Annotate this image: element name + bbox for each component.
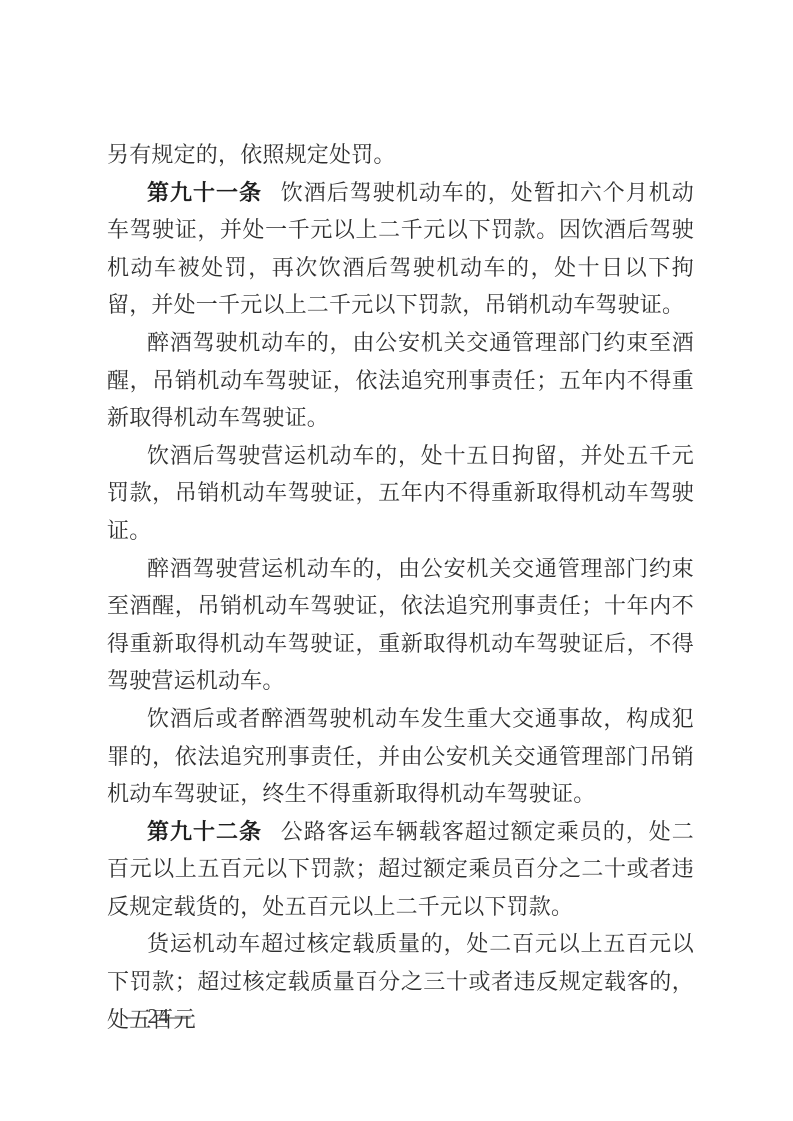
paragraph: 货运机动车超过核定载质量的，处二百元以上五百元以下罚款；超过核定载质量百分之三十… [107,925,694,1038]
paragraph: 醉酒驾驶机动车的，由公安机关交通管理部门约束至酒醒，吊销机动车驾驶证，依法追究刑… [107,324,694,437]
paragraph: 另有规定的，依照规定处罚。 [107,136,694,174]
document-page: 另有规定的，依照规定处罚。第九十一条饮酒后驾驶机动车的，处暂扣六个月机动车驾驶证… [0,0,793,1121]
paragraph-text: 醉酒驾驶机动车的，由公安机关交通管理部门约束至酒醒，吊销机动车驾驶证，依法追究刑… [107,330,694,430]
article-number: 第九十二条 [147,819,262,844]
paragraph: 第九十二条公路客运车辆载客超过额定乘员的，处二百元以上五百元以下罚款；超过额定乘… [107,813,694,926]
paragraph-text: 饮酒后或者醉酒驾驶机动车发生重大交通事故，构成犯罪的，依法追究刑事责任，并由公安… [107,706,694,806]
paragraph: 醉酒驾驶营运机动车的，由公安机关交通管理部门约束至酒醒，吊销机动车驾驶证，依法追… [107,550,694,700]
paragraph: 第九十一条饮酒后驾驶机动车的，处暂扣六个月机动车驾驶证，并处一千元以上二千元以下… [107,174,694,324]
paragraph-text: 饮酒后驾驶营运机动车的，处十五日拘留，并处五千元罚款，吊销机动车驾驶证，五年内不… [107,443,694,543]
document-body: 另有规定的，依照规定处罚。第九十一条饮酒后驾驶机动车的，处暂扣六个月机动车驾驶证… [107,136,694,1038]
paragraph: 饮酒后或者醉酒驾驶机动车发生重大交通事故，构成犯罪的，依法追究刑事责任，并由公安… [107,700,694,813]
paragraph-text: 醉酒驾驶营运机动车的，由公安机关交通管理部门约束至酒醒，吊销机动车驾驶证，依法追… [107,556,694,694]
paragraph-text: 货运机动车超过核定载质量的，处二百元以上五百元以下罚款；超过核定载质量百分之三十… [107,931,694,1031]
paragraph-text: 另有规定的，依照规定处罚。 [107,142,396,167]
paragraph: 饮酒后驾驶营运机动车的，处十五日拘留，并处五千元罚款，吊销机动车驾驶证，五年内不… [107,437,694,550]
page-number: —24— [126,1004,191,1029]
article-number: 第九十一条 [147,180,262,205]
